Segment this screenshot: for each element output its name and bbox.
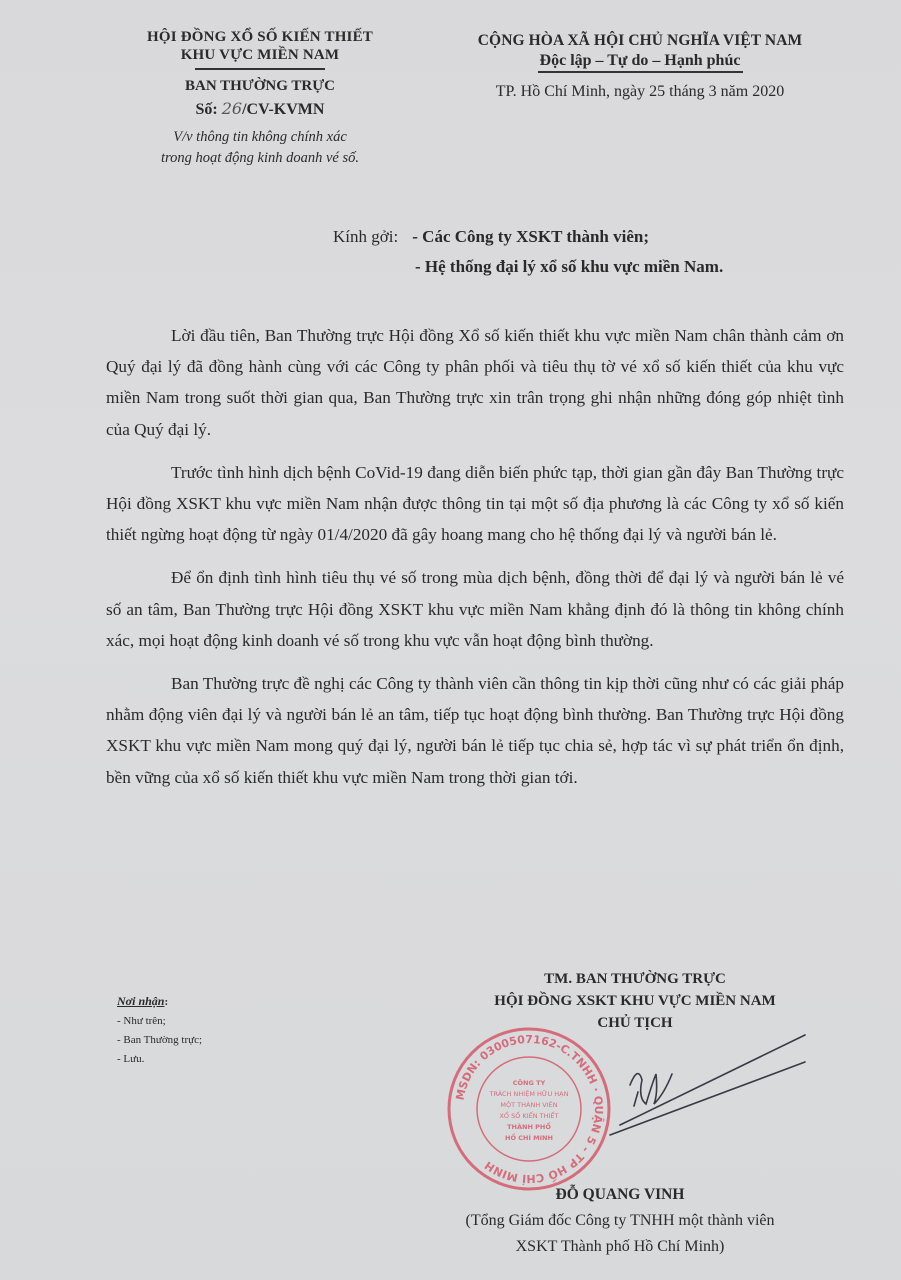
document-number: Số: 26/CV-KVMN (100, 99, 420, 119)
svg-text:MSDN: 0300507162-C.TNHH · QUẬN: MSDN: 0300507162-C.TNHH · QUẬN 5 - TP HỒ… (454, 1033, 606, 1185)
issuer-org-line1: HỘI ĐỒNG XỔ SỐ KIẾN THIẾT (100, 28, 420, 46)
motto-underline (538, 71, 743, 73)
signer-info: ĐỖ QUANG VINH (Tổng Giám đốc Công ty TNH… (380, 1182, 860, 1260)
signer-title-line-2: XSKT Thành phố Hồ Chí Minh) (380, 1234, 860, 1260)
svg-text:HỒ CHÍ MINH: HỒ CHÍ MINH (505, 1132, 553, 1142)
signature-line-2: HỘI ĐỒNG XSKT KHU VỰC MIỀN NAM (425, 990, 845, 1012)
svg-text:TRÁCH NHIỆM HỮU HẠN: TRÁCH NHIỆM HỮU HẠN (489, 1089, 569, 1098)
issuer-header: HỘI ĐỒNG XỔ SỐ KIẾN THIẾT KHU VỰC MIỀN N… (100, 28, 420, 169)
subject-line-2: trong hoạt động kinh doanh vé số. (100, 148, 420, 169)
document-number-handwritten: 26 (222, 99, 242, 118)
document-number-label: Số: (196, 101, 218, 118)
distribution-item: - Như trên; (117, 1012, 317, 1031)
body-paragraph: Để ổn định tình hình tiêu thụ vé số tron… (106, 562, 844, 656)
header-divider (195, 68, 325, 70)
distribution-item: - Ban Thường trực; (117, 1031, 317, 1050)
stamp-outer-text: MSDN: 0300507162-C.TNHH · QUẬN 5 - TP HỒ… (454, 1033, 606, 1185)
recipients: Kính gởi: - Các Công ty XSKT thành viên;… (333, 222, 853, 282)
svg-text:XỔ SỐ KIẾN THIẾT: XỔ SỐ KIẾN THIẾT (499, 1110, 558, 1120)
official-stamp-icon: MSDN: 0300507162-C.TNHH · QUẬN 5 - TP HỒ… (445, 1025, 613, 1193)
handwritten-signature-icon (590, 1030, 810, 1140)
body-paragraph: Ban Thường trực đề nghị các Công ty thàn… (106, 668, 844, 793)
recipient-item: - Hệ thống đại lý xổ số khu vực miền Nam… (415, 257, 723, 276)
document-number-suffix: /CV-KVMN (242, 101, 324, 118)
svg-text:MỘT THÀNH VIÊN: MỘT THÀNH VIÊN (500, 1100, 557, 1109)
national-motto: Độc lập – Tự do – Hạnh phúc (540, 52, 741, 70)
svg-text:CÔNG TY: CÔNG TY (513, 1078, 546, 1087)
document-subject: V/v thông tin không chính xác trong hoạt… (100, 127, 420, 169)
body-paragraph: Lời đầu tiên, Ban Thường trực Hội đồng X… (106, 320, 844, 445)
svg-text:THÀNH PHỐ: THÀNH PHỐ (507, 1121, 551, 1131)
issuer-org-line2: KHU VỰC MIỀN NAM (100, 46, 420, 64)
issuer-department: BAN THƯỜNG TRỰC (100, 78, 420, 95)
distribution-list: Nơi nhận: - Như trên; - Ban Thường trực;… (117, 992, 317, 1069)
place-date: TP. Hồ Chí Minh, ngày 25 tháng 3 năm 202… (430, 83, 850, 101)
distribution-title: Nơi nhận (117, 994, 164, 1008)
subject-line-1: V/v thông tin không chính xác (100, 127, 420, 148)
letter-body: Lời đầu tiên, Ban Thường trực Hội đồng X… (106, 320, 844, 805)
recipient-item: - Các Công ty XSKT thành viên; (412, 227, 649, 246)
signature-line-1: TM. BAN THƯỜNG TRỰC (425, 968, 845, 990)
signer-title-line-1: (Tổng Giám đốc Công ty TNHH một thành vi… (380, 1208, 860, 1234)
distribution-item: - Lưu. (117, 1050, 317, 1069)
body-paragraph: Trước tình hình dịch bệnh CoVid-19 đang … (106, 457, 844, 551)
recipients-label: Kính gởi: (333, 222, 408, 252)
signer-name: ĐỖ QUANG VINH (380, 1182, 860, 1208)
nation-title: CỘNG HÒA XÃ HỘI CHỦ NGHĨA VIỆT NAM (430, 32, 850, 50)
national-header: CỘNG HÒA XÃ HỘI CHỦ NGHĨA VIỆT NAM Độc l… (430, 32, 850, 101)
